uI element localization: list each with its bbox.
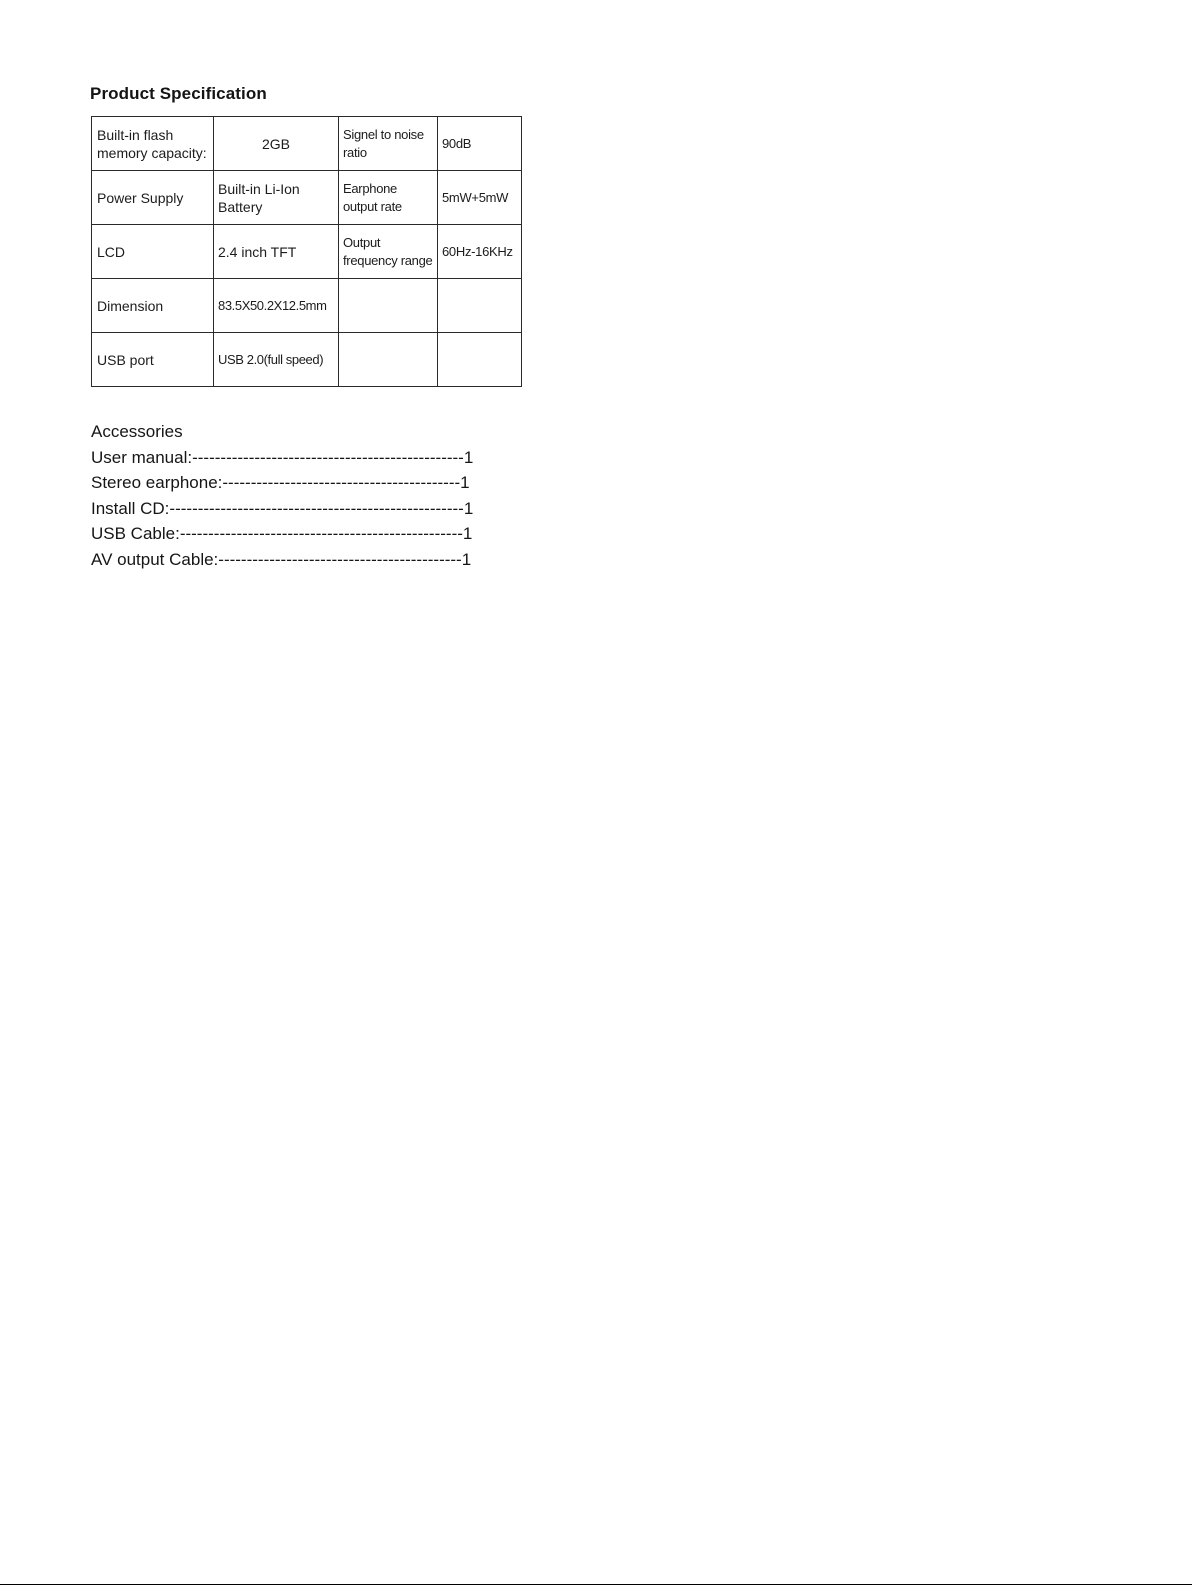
list-item: Stereo earphone:------------------------… [91,470,473,496]
spec-label: Power Supply [92,171,214,225]
accessory-name: Install CD: [91,499,169,518]
leader-dashes: ----------------------------------------… [180,524,463,543]
accessory-name: Stereo earphone: [91,473,222,492]
spec-table: Built-in flash memory capacity: 2GB Sign… [91,116,522,387]
spec-value [438,333,522,387]
leader-dashes: ----------------------------------------… [192,448,464,467]
spec-label [339,333,438,387]
table-row: Built-in flash memory capacity: 2GB Sign… [92,117,522,171]
accessory-qty: 1 [464,499,473,518]
spec-value: 2GB [214,117,339,171]
spec-label [339,279,438,333]
accessory-qty: 1 [460,473,469,492]
spec-label: Earphone output rate [339,171,438,225]
spec-value [438,279,522,333]
spec-value: 5mW+5mW [438,171,522,225]
spec-label: Built-in flash memory capacity: [92,117,214,171]
spec-label: Signel to noise ratio [339,117,438,171]
spec-value: 2.4 inch TFT [214,225,339,279]
table-row: LCD 2.4 inch TFT Output frequency range … [92,225,522,279]
leader-dashes: ----------------------------------------… [222,473,460,492]
spec-value: 83.5X50.2X12.5mm [214,279,339,333]
leader-dashes: ----------------------------------------… [218,550,461,569]
spec-value: 60Hz-16KHz [438,225,522,279]
table-row: Dimension 83.5X50.2X12.5mm [92,279,522,333]
page-title: Product Specification [90,84,267,104]
spec-value: Built-in Li-Ion Battery [214,171,339,225]
table-row: Power Supply Built-in Li-Ion Battery Ear… [92,171,522,225]
accessory-name: User manual: [91,448,192,467]
accessory-qty: 1 [463,524,472,543]
accessory-name: AV output Cable: [91,550,218,569]
leader-dashes: ----------------------------------------… [169,499,463,518]
list-item: USB Cable:------------------------------… [91,521,473,547]
table-row: USB port USB 2.0(full speed) [92,333,522,387]
spec-label: Dimension [92,279,214,333]
accessory-name: USB Cable: [91,524,180,543]
spec-label: Output frequency range [339,225,438,279]
accessories-section: Accessories User manual:----------------… [91,419,473,572]
accessories-heading: Accessories [91,419,473,445]
spec-label: USB port [92,333,214,387]
spec-label: LCD [92,225,214,279]
accessory-qty: 1 [464,448,473,467]
spec-value: USB 2.0(full speed) [214,333,339,387]
list-item: Install CD:-----------------------------… [91,496,473,522]
spec-value: 90dB [438,117,522,171]
accessory-qty: 1 [462,550,471,569]
list-item: User manual:----------------------------… [91,445,473,471]
list-item: AV output Cable:------------------------… [91,547,473,573]
